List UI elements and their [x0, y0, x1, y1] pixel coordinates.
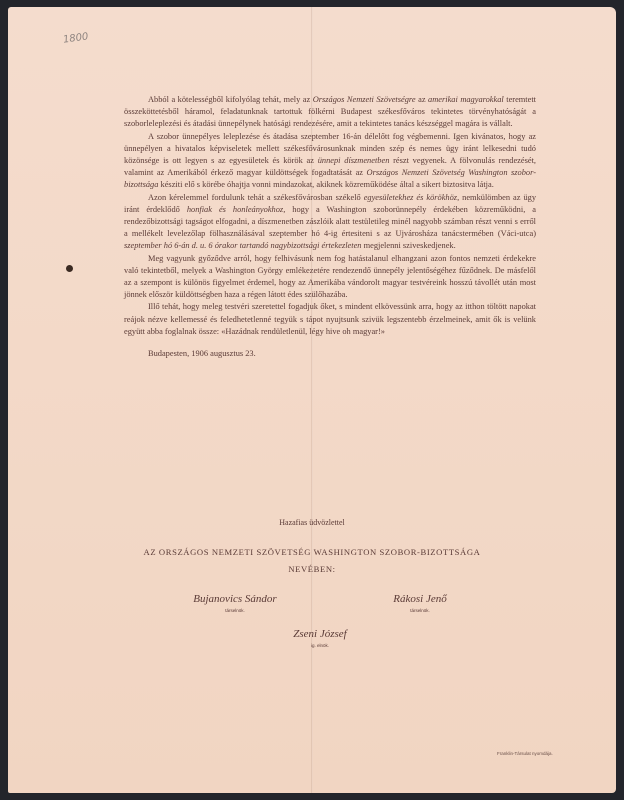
signature-rakosi: Rákosi Jenő társelnök. [370, 593, 470, 613]
paragraph: A szobor ünnepélyes leleplezése és átadá… [124, 131, 536, 192]
signature-bujanovics: Bujanovics Sándor társelnök. [180, 593, 290, 613]
ink-stain [66, 265, 73, 272]
committee-heading: AZ ORSZÁGOS NEMZETI SZÖVETSÉG WASHINGTON… [0, 544, 624, 578]
signatory-name: Bujanovics Sándor [180, 593, 290, 605]
signatory-role: társelnök. [180, 608, 290, 613]
paragraph: Azon kérelemmel fordulunk tehát a székes… [124, 192, 536, 253]
letter-body: Abból a kötelességből kifolyólag tehát, … [124, 94, 536, 360]
paragraph: Illő tehát, hogy meleg testvéri szeretet… [124, 301, 536, 338]
signatory-role: ig. elnök. [270, 643, 370, 648]
signatory-name: Zseni József [270, 628, 370, 640]
committee-line-2: NEVÉBEN: [0, 561, 624, 578]
greeting: Hazafias üdvözlettel [0, 518, 624, 527]
date-line: Budapesten, 1906 augusztus 23. [124, 348, 536, 360]
pencil-annotation: 1800 [62, 31, 89, 45]
signatory-name: Rákosi Jenő [370, 593, 470, 605]
signatory-role: társelnök. [370, 608, 470, 613]
signature-zseni: Zseni József ig. elnök. [270, 628, 370, 648]
committee-line-1: AZ ORSZÁGOS NEMZETI SZÖVETSÉG WASHINGTON… [0, 544, 624, 561]
paragraph: Abból a kötelességből kifolyólag tehát, … [124, 94, 536, 131]
printer-imprint: Franklin-Társulat nyomdája. [497, 751, 553, 756]
paragraph: Meg vagyunk győződve arról, hogy felhivá… [124, 253, 536, 302]
